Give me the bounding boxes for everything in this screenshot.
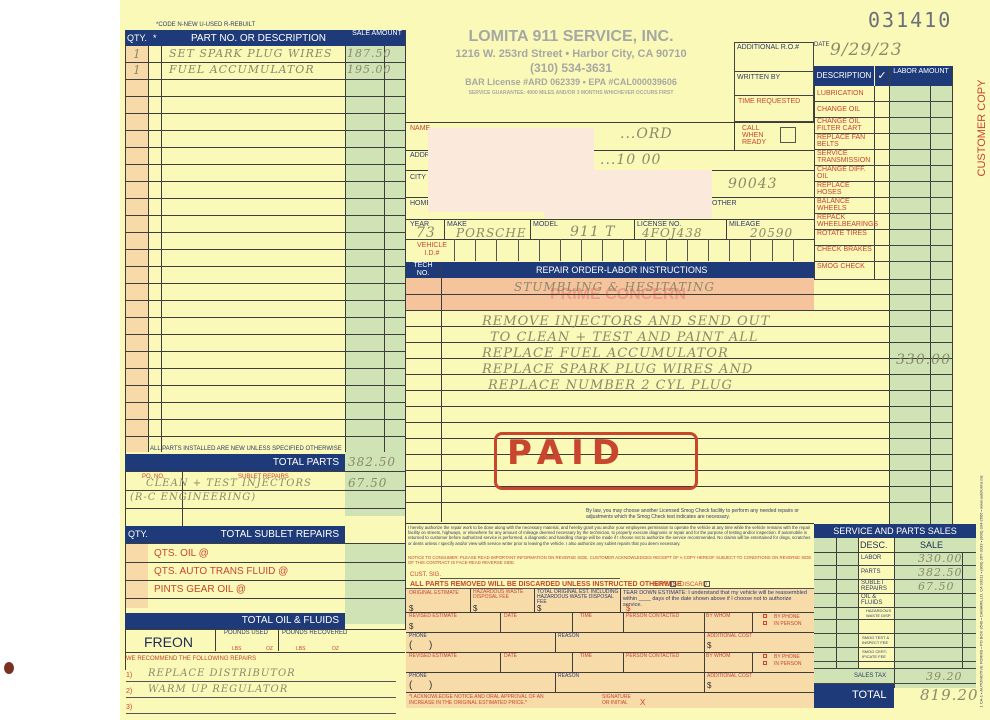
summary-header: SERVICE AND PARTS SALES [814, 524, 976, 538]
cust-sig-label: CUST. SIG. [410, 572, 441, 578]
in-person-checkbox[interactable] [763, 661, 767, 665]
labor-line[interactable]: REPLACE NUMBER 2 CYL PLUG [488, 378, 733, 393]
shop-license: BAR License #ARD 062339 • EPA #CAL000039… [406, 77, 736, 87]
summary-row-value: 382.50 [918, 566, 963, 579]
labor-instructions-header: TECH NO. REPAIR ORDER-LABOR INSTRUCTIONS [406, 262, 814, 278]
summary-sale-header: SALE [920, 540, 943, 550]
summary-row-parts: PARTS 382.50 [814, 566, 976, 580]
summary-row-value: 67.50 [918, 580, 955, 593]
summary-row-hazardous: HAZARDOUS WASTE DISP. [814, 608, 976, 620]
checklist-item[interactable]: REPACK WHEELBEARINGS [814, 214, 952, 230]
recommend-text: REPLACE DISTRIBUTOR [148, 668, 296, 679]
phone-parens: ( ) [409, 640, 432, 651]
shop-header: LOMITA 911 SERVICE, INC. 1216 W. 253rd S… [406, 28, 736, 96]
side-copy-label-wrap: CUSTOMER COPY [975, 60, 989, 200]
original-estimate-label: ORIGINAL ESTIMATE [409, 590, 459, 596]
model-label: MODEL [533, 221, 558, 228]
qty-header: QTY. [127, 33, 147, 43]
recommend-num: 3) [126, 704, 132, 711]
time-label: TIME [580, 613, 592, 619]
in-person-label: IN PERSON [774, 621, 802, 627]
labor-line[interactable]: REMOVE INJECTORS AND SEND OUT [482, 314, 770, 329]
code-legend: *CODE N-NEW U-USED R-REBUILT [156, 22, 255, 28]
shop-address: 1216 W. 253rd Street • Harbor City, CA 9… [406, 48, 736, 60]
address-value[interactable]: ...10 00 [600, 152, 661, 168]
total-sublet-bar: QTY. TOTAL SUBLET REPAIRS [125, 526, 345, 543]
by-whom-label: BY WHOM [706, 613, 730, 619]
labor-line[interactable]: REPLACE FUEL ACCUMULATOR [482, 346, 729, 361]
part-amount: 187.50 [347, 47, 392, 60]
summary-row-smog-test: SMOG TEST & INSPECT FEE [814, 634, 976, 648]
part-description: SET SPARK PLUG WIRES [169, 47, 332, 60]
freon-label: FREON [144, 634, 193, 650]
checklist-item[interactable]: REPLACE FAN BELTS [814, 134, 952, 150]
paid-stamp: PAID [494, 432, 698, 490]
parts-row[interactable]: 1 SET SPARK PLUG WIRES 187.50 [125, 46, 405, 62]
amount-column-bg [345, 46, 405, 516]
redacted-area [544, 170, 712, 218]
reason-label: REASON [558, 633, 579, 639]
recommend-text: WARM UP REGULATOR [148, 684, 288, 695]
order-info-box: ADDITIONAL R.O.# WRITTEN BY TIME REQUEST… [734, 42, 814, 122]
teardown-estimate-label: TEAR DOWN ESTIMATE: I understand that my… [623, 590, 811, 608]
name-value[interactable]: ...ORD [620, 126, 673, 142]
fluids-qty-label: QTY. [128, 529, 148, 539]
checklist-item[interactable]: SMOG CHECK [814, 262, 952, 280]
total-value: 819.20 [920, 686, 979, 704]
person-contacted-label: PERSON CONTACTED [626, 613, 679, 619]
other-phone-label: OTHER [712, 200, 737, 207]
discard-notice: ALL PARTS REMOVED WILL BE DISCARDED UNLE… [410, 581, 682, 588]
phone-reason-row: PHONE ( ) REASON ADDITIONAL COST $ [406, 632, 814, 652]
reason-label: REASON [558, 673, 579, 679]
signature-label: SIGNATURE OR INITIAL [602, 694, 638, 706]
additional-ro-label: ADDITIONAL R.O.# [737, 44, 799, 51]
total-fluids-bar: TOTAL OIL & FLUIDS [125, 613, 345, 629]
revised-estimate-label: REVISED ESTIMATE [409, 653, 457, 659]
smog-notice: By law, you may choose another Licensed … [586, 508, 812, 520]
sublet-row-text: (R-C ENGINEERING) [130, 492, 256, 503]
sublet-row-text: CLEAN + TEST INJECTORS [146, 478, 312, 489]
checklist-item[interactable]: CHECK BRAKES [814, 246, 952, 262]
recommend-item[interactable]: 1) REPLACE DISTRIBUTOR [126, 668, 396, 682]
ink-spot [4, 662, 14, 674]
checklist-item[interactable]: CHANGE OIL FILTER CART [814, 118, 952, 134]
by-whom-label: BY WHOM [706, 653, 730, 659]
checklist-item-label: CHANGE OIL FILTER CART [817, 118, 873, 132]
signature-x[interactable]: X [640, 698, 645, 707]
in-person-checkbox[interactable] [763, 621, 767, 625]
summary-row-desc: PARTS [861, 569, 880, 575]
shop-phone: (310) 534-3631 [406, 61, 736, 75]
checklist-item[interactable]: REPLACE HOSES [814, 182, 952, 198]
shop-name: LOMITA 911 SERVICE, INC. [406, 28, 736, 46]
summary-row-desc: SMOG CERT-IFICATE FEE [862, 649, 892, 659]
call-when-ready-checkbox[interactable] [780, 127, 796, 143]
summary-row-value: 330.00 [918, 552, 963, 565]
summary-row-desc: HAZARDOUS WASTE DISP. [866, 608, 894, 618]
summary-row-blank [814, 620, 976, 634]
date-value[interactable]: 9/29/23 [830, 40, 903, 60]
summary-desc-header: DESC. [860, 540, 888, 550]
date-label: DATE [504, 653, 517, 659]
fluid-trans-label: QTS. AUTO TRANS FLUID @ [154, 566, 288, 577]
checklist-item-label: SMOG CHECK [817, 263, 873, 271]
part-amount: 195.00 [347, 63, 392, 76]
checklist-item-label: REPLACE HOSES [817, 182, 873, 196]
tech-no-label: TECH NO. [410, 262, 436, 278]
recommend-item[interactable]: 2) WARM UP REGULATOR [126, 684, 396, 698]
call-when-ready: CALL WHEN READY [740, 124, 814, 148]
call-when-ready-label: CALL WHEN READY [742, 125, 776, 146]
recommend-num: 2) [126, 688, 132, 695]
shop-guarantee: SERVICE GUARANTEE: 4000 MILES AND/OR 3 M… [406, 90, 736, 96]
part-description: FUEL ACCUMULATOR [169, 63, 315, 76]
sales-tax-value: 39.20 [926, 670, 963, 683]
summary-row-desc: OIL & FLUIDS [861, 594, 891, 606]
fluid-oil-label: QTS. OIL @ [154, 548, 209, 559]
checklist-amount-header: LABOR AMOUNT [890, 66, 952, 86]
discard-checkbox[interactable] [704, 581, 710, 587]
code-header: * [153, 33, 157, 43]
total-parts-value: 382.50 [348, 455, 396, 469]
additional-cost-label: ADDITIONAL COST [707, 673, 752, 679]
parts-footer-note: ALL PARTS INSTALLED ARE NEW UNLESS SPECI… [150, 446, 342, 452]
parts-row[interactable]: 1 FUEL ACCUMULATOR 195.00 [125, 62, 405, 79]
recommend-item[interactable]: 3) [126, 700, 396, 714]
total-parts-label: TOTAL PARTS [273, 457, 339, 468]
phone-label: PHONE [409, 633, 427, 639]
summary-row-desc: SUBLET REPAIRS [861, 580, 891, 592]
by-phone-label: BY PHONE [774, 654, 800, 660]
hazardous-fee-label: HAZARDOUS WASTE DISPOSAL FEE [473, 590, 531, 600]
form-number: 031410 [868, 8, 952, 32]
labor-instructions-title: REPAIR ORDER-LABOR INSTRUCTIONS [536, 265, 707, 275]
recommend-num: 1) [126, 672, 132, 679]
time-requested-label: TIME REQUESTED [738, 98, 800, 105]
printer-info-wrap: 1 CA-1 • AUTOMOTIVE FORMS • PO BOX 3540 … [976, 540, 986, 710]
time-label: TIME [580, 653, 592, 659]
vin-boxes[interactable] [454, 239, 814, 261]
checklist-item[interactable]: CHANGE OIL [814, 102, 952, 118]
dollar-sign: $ [409, 622, 413, 631]
part-qty: 1 [133, 63, 142, 77]
checklist-item-label: CHECK BRAKES [817, 246, 873, 253]
sublet-row-amount: 67.50 [348, 476, 387, 490]
fluid-gear-label: PINTS GEAR OIL @ [154, 584, 246, 595]
checklist-item-label: ROTATE TIRES [817, 230, 873, 237]
make-value[interactable]: PORSCHE [456, 226, 527, 240]
checklist-item[interactable]: BALANCE WHEELS [814, 198, 952, 214]
by-phone-checkbox[interactable] [763, 614, 767, 618]
date-label: DATE [504, 613, 517, 619]
in-person-label: IN PERSON [774, 661, 802, 667]
recommend-label: WE RECOMMEND THE FOLLOWING REPAIRS [126, 656, 256, 662]
summary-row-desc: LABOR [861, 555, 881, 561]
acknowledge-text: *I ACKNOWLEDGE NOTICE AND ORAL APPROVAL … [409, 694, 569, 706]
total-label: TOTAL [852, 689, 886, 701]
person-contacted-label: PERSON CONTACTED [626, 653, 679, 659]
summary-row-oil: OIL & FLUIDS [814, 594, 976, 608]
customer-copy-label: CUSTOMER COPY [976, 67, 988, 189]
mileage-value[interactable]: 20590 [750, 226, 793, 240]
total-fluids-label: TOTAL OIL & FLUIDS [242, 615, 339, 626]
summary-row-labor: LABOR 330.00 [814, 552, 976, 566]
phone-parens: ( ) [409, 680, 432, 691]
checklist-item-label: SERVICE TRANSMISSION [817, 150, 873, 164]
total-sublet-label: TOTAL SUBLET REPAIRS [221, 529, 339, 540]
checklist-item[interactable]: LUBRICATION [814, 86, 952, 102]
zip-value[interactable]: 90043 [728, 176, 778, 192]
save-checkbox[interactable] [670, 581, 676, 587]
by-phone-label: BY PHONE [774, 614, 800, 620]
authorization-text: I hereby authorize the repair work to be… [408, 525, 812, 546]
summary-row-sublet: SUBLET REPAIRS 67.50 [814, 580, 976, 594]
vin-label: VEHICLE I.D.# [414, 242, 450, 258]
checklist-item[interactable]: ROTATE TIRES [814, 230, 952, 246]
consumer-notice: NOTICE TO CONSUMER: PLEASE READ IMPORTAN… [408, 555, 812, 565]
labor-line[interactable]: REPLACE SPARK PLUG WIRES AND [482, 362, 753, 377]
labor-amount-value: 330.00 [896, 352, 951, 368]
checklist-item-label: LUBRICATION [817, 90, 864, 97]
dollar-sign: $ [707, 641, 711, 650]
checklist-item[interactable]: SERVICE TRANSMISSION [814, 150, 952, 166]
license-value[interactable]: 4FOJ438 [642, 226, 703, 240]
checklist-check-header: ✓ [875, 66, 889, 86]
total-original-label: TOTAL ORIGINAL EST. INCLUDING HAZARDOUS … [537, 590, 619, 605]
model-value[interactable]: 911 T [570, 224, 616, 240]
date-label: DATE [814, 42, 830, 48]
checklist-item-label: CHANGE DIFF. OIL [817, 166, 873, 180]
city-label: CITY [410, 174, 426, 181]
part-qty: 1 [133, 47, 142, 61]
total-parts-bar: TOTAL PARTS [125, 454, 345, 471]
written-by-label: WRITTEN BY [737, 74, 780, 81]
checklist-item[interactable]: CHANGE DIFF. OIL [814, 166, 952, 182]
dollar-sign: $ [707, 681, 711, 690]
fluid-amount-bg [345, 544, 405, 624]
checklist-item-label: REPLACE FAN BELTS [817, 134, 873, 148]
prime-concern-text[interactable]: STUMBLING & HESITATING [514, 280, 715, 294]
sales-tax-label: SALES TAX [854, 673, 886, 679]
summary-row-desc: SMOG TEST & INSPECT FEE [862, 635, 892, 645]
pounds-used-label: POUNDS USED [224, 630, 268, 636]
labor-line[interactable]: TO CLEAN + TEST AND PAINT ALL [490, 330, 759, 345]
phone-reason-row: PHONE ( ) REASON ADDITIONAL COST $ [406, 672, 814, 692]
checklist-item-label: CHANGE OIL [817, 106, 860, 113]
checklist-item-label: REPACK WHEELBEARINGS [817, 214, 877, 228]
pounds-recovered-label: POUNDS RECOVERED [282, 630, 347, 636]
total-label-box: TOTAL [814, 684, 894, 708]
summary-row-smog-cert: SMOG CERT-IFICATE FEE [814, 648, 976, 662]
by-phone-checkbox[interactable] [763, 654, 767, 658]
phone-label: PHONE [409, 673, 427, 679]
description-header: PART NO. OR DESCRIPTION [191, 33, 326, 44]
parts-header: QTY. * PART NO. OR DESCRIPTION SALE AMOU… [125, 30, 406, 46]
summary-sales-tax: SALES TAX 39.20 [814, 668, 976, 684]
amount-header: SALE AMOUNT [347, 30, 407, 38]
cust-sig-line[interactable] [440, 578, 620, 579]
checklist-item-label: BALANCE WHEELS [817, 198, 873, 212]
checklist-description-header: DESCRIPTION [814, 66, 874, 86]
revised-estimate-label: REVISED ESTIMATE [409, 613, 457, 619]
repair-order-form: 031410 *CODE N-NEW U-USED R-REBUILT QTY.… [120, 0, 990, 720]
printer-info: 1 CA-1 • AUTOMOTIVE FORMS • PO BOX 3540 … [979, 538, 984, 708]
paid-stamp-text: PAID [507, 433, 628, 473]
additional-cost-label: ADDITIONAL COST [707, 633, 752, 639]
